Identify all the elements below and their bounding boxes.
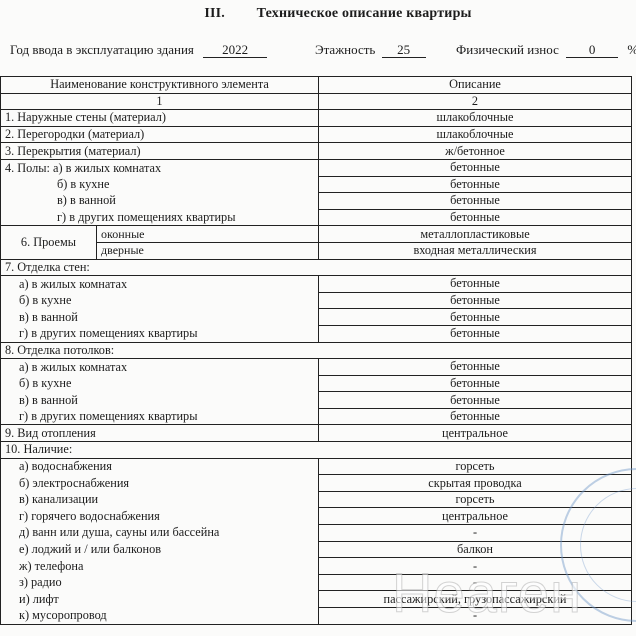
wear-field: Физический износ 0 % [456, 42, 636, 58]
floors-field: Этажность 25 [315, 42, 426, 58]
row-label: 2. Перегородки (материал) [1, 126, 319, 143]
row-label: б) в кухне [1, 375, 319, 392]
row-label: в) в ванной [1, 309, 319, 326]
column-header-description: Описание [319, 77, 632, 94]
row-label: в) в ванной [1, 392, 319, 409]
row-value: горсеть [319, 491, 632, 508]
row-label: к) мусоропровод [1, 608, 319, 625]
row-value: центральное [319, 508, 632, 525]
row-label: а) в жилых комнатах [1, 276, 319, 293]
row-value: бетонные [319, 159, 632, 176]
row-value: пассажирский, грузопассажирский [319, 591, 632, 608]
row-value: скрытая проводка [319, 475, 632, 492]
row-value: - [319, 558, 632, 575]
row-value: бетонные [319, 193, 632, 210]
wear-value: 0 [566, 42, 618, 58]
table-row: в) в ванной бетонные [1, 309, 632, 326]
table-row: в) в ванной бетонные [1, 193, 632, 210]
section-title: Техническое описание квартиры [257, 6, 472, 21]
table-row: 1. Наружные стены (материал) шлакоблочны… [1, 110, 632, 127]
table-row-openings-windows: 6. Проемы оконные металлопластиковые [1, 226, 632, 243]
table-row: 3. Перекрытия (материал) ж/бетонное [1, 143, 632, 160]
row-label: д) ванн или душа, сауны или бассейна [1, 525, 319, 542]
table-row: г) горячего водоснабжения центральное [1, 508, 632, 525]
table-row: г) в других помещениях квартиры бетонные [1, 325, 632, 342]
row-label: г) в других помещениях квартиры [1, 325, 319, 342]
row-value: бетонные [319, 292, 632, 309]
row-label: и) лифт [1, 591, 319, 608]
row-value: металлопластиковые [319, 226, 632, 243]
row-label: ж) телефона [1, 558, 319, 575]
table-row: д) ванн или душа, сауны или бассейна - [1, 525, 632, 542]
table-row: з) радио - [1, 574, 632, 591]
table-row: г) в других помещениях квартиры бетонные [1, 209, 632, 226]
row-label: в) канализации [1, 491, 319, 508]
row-value: бетонные [319, 375, 632, 392]
table-row: а) в жилых комнатах бетонные [1, 359, 632, 376]
column-number-row: 1 2 [1, 93, 632, 110]
row-value: - [319, 525, 632, 542]
table-row: к) мусоропровод - [1, 608, 632, 625]
row-value: бетонные [319, 276, 632, 293]
row-value: горсеть [319, 458, 632, 475]
wear-unit: % [627, 42, 636, 57]
table-row: в) в ванной бетонные [1, 392, 632, 409]
row-value: ж/бетонное [319, 143, 632, 160]
row-label: б) в кухне [1, 292, 319, 309]
technical-description-table: Наименование конструктивного элемента Оп… [0, 76, 632, 625]
row-value: бетонные [319, 176, 632, 193]
row-label: г) в других помещениях квартиры [1, 408, 319, 425]
table-row: б) в кухне бетонные [1, 375, 632, 392]
section-row-availability: 10. Наличие: [1, 442, 632, 459]
year-label: Год ввода в эксплуатацию здания [10, 42, 194, 57]
openings-label: 6. Проемы [1, 226, 97, 259]
row-value: - [319, 608, 632, 625]
table-row: 4. Полы: а) в жилых комнатах бетонные [1, 159, 632, 176]
column-header-element: Наименование конструктивного элемента [1, 77, 319, 94]
row-label: 1. Наружные стены (материал) [1, 110, 319, 127]
row-label: б) электроснабжения [1, 475, 319, 492]
table-row: в) канализации горсеть [1, 491, 632, 508]
row-label: 3. Перекрытия (материал) [1, 143, 319, 160]
row-value: бетонные [319, 408, 632, 425]
section-label: 7. Отделка стен: [1, 259, 632, 276]
row-value: входная металлическия [319, 242, 632, 259]
row-value: балкон [319, 541, 632, 558]
row-label: в) в ванной [1, 193, 319, 210]
row-value: бетонные [319, 325, 632, 342]
table-row: г) в других помещениях квартиры бетонные [1, 408, 632, 425]
table-row: ж) телефона - [1, 558, 632, 575]
floors-value: 25 [382, 42, 426, 58]
section-row-walls: 7. Отделка стен: [1, 259, 632, 276]
row-value: бетонные [319, 309, 632, 326]
openings-sub-label: оконные [97, 226, 319, 243]
table-row: б) в кухне бетонные [1, 292, 632, 309]
table-row: 2. Перегородки (материал) шлакоблочные [1, 126, 632, 143]
row-value: шлакоблочные [319, 126, 632, 143]
row-label: б) в кухне [1, 176, 319, 193]
column-number-1: 1 [1, 93, 319, 110]
table-row: а) водоснабжения горсеть [1, 458, 632, 475]
row-value: бетонные [319, 392, 632, 409]
row-label: г) в других помещениях квартиры [1, 209, 319, 226]
section-row-ceilings: 8. Отделка потолков: [1, 342, 632, 359]
year-value: 2022 [203, 42, 267, 58]
section-label: 10. Наличие: [1, 442, 632, 459]
row-value: - [319, 574, 632, 591]
table-header-row: Наименование конструктивного элемента Оп… [1, 77, 632, 94]
row-label: 9. Вид отопления [1, 425, 319, 442]
floors-label: Этажность [315, 42, 375, 57]
wear-label: Физический износ [456, 42, 559, 57]
section-label: 8. Отделка потолков: [1, 342, 632, 359]
table-row: а) в жилых комнатах бетонные [1, 276, 632, 293]
table-row: б) в кухне бетонные [1, 176, 632, 193]
year-field: Год ввода в эксплуатацию здания 2022 [10, 42, 267, 58]
column-number-2: 2 [319, 93, 632, 110]
row-value: шлакоблочные [319, 110, 632, 127]
row-label: е) лоджий и / или балконов [1, 541, 319, 558]
row-label: а) водоснабжения [1, 458, 319, 475]
table-row: б) электроснабжения скрытая проводка [1, 475, 632, 492]
row-label: г) горячего водоснабжения [1, 508, 319, 525]
row-value: центральное [319, 425, 632, 442]
document-title: III. Техническое описание квартиры [0, 6, 636, 22]
openings-sub-label: дверные [97, 242, 319, 259]
section-number: III. [204, 6, 225, 21]
row-label: а) в жилых комнатах [1, 359, 319, 376]
table-row: и) лифт пассажирский, грузопассажирский [1, 591, 632, 608]
row-label: 4. Полы: а) в жилых комнатах [1, 159, 319, 176]
row-value: бетонные [319, 359, 632, 376]
table-row: е) лоджий и / или балконов балкон [1, 541, 632, 558]
row-value: бетонные [319, 209, 632, 226]
row-label: з) радио [1, 574, 319, 591]
table-row-heating: 9. Вид отопления центральное [1, 425, 632, 442]
